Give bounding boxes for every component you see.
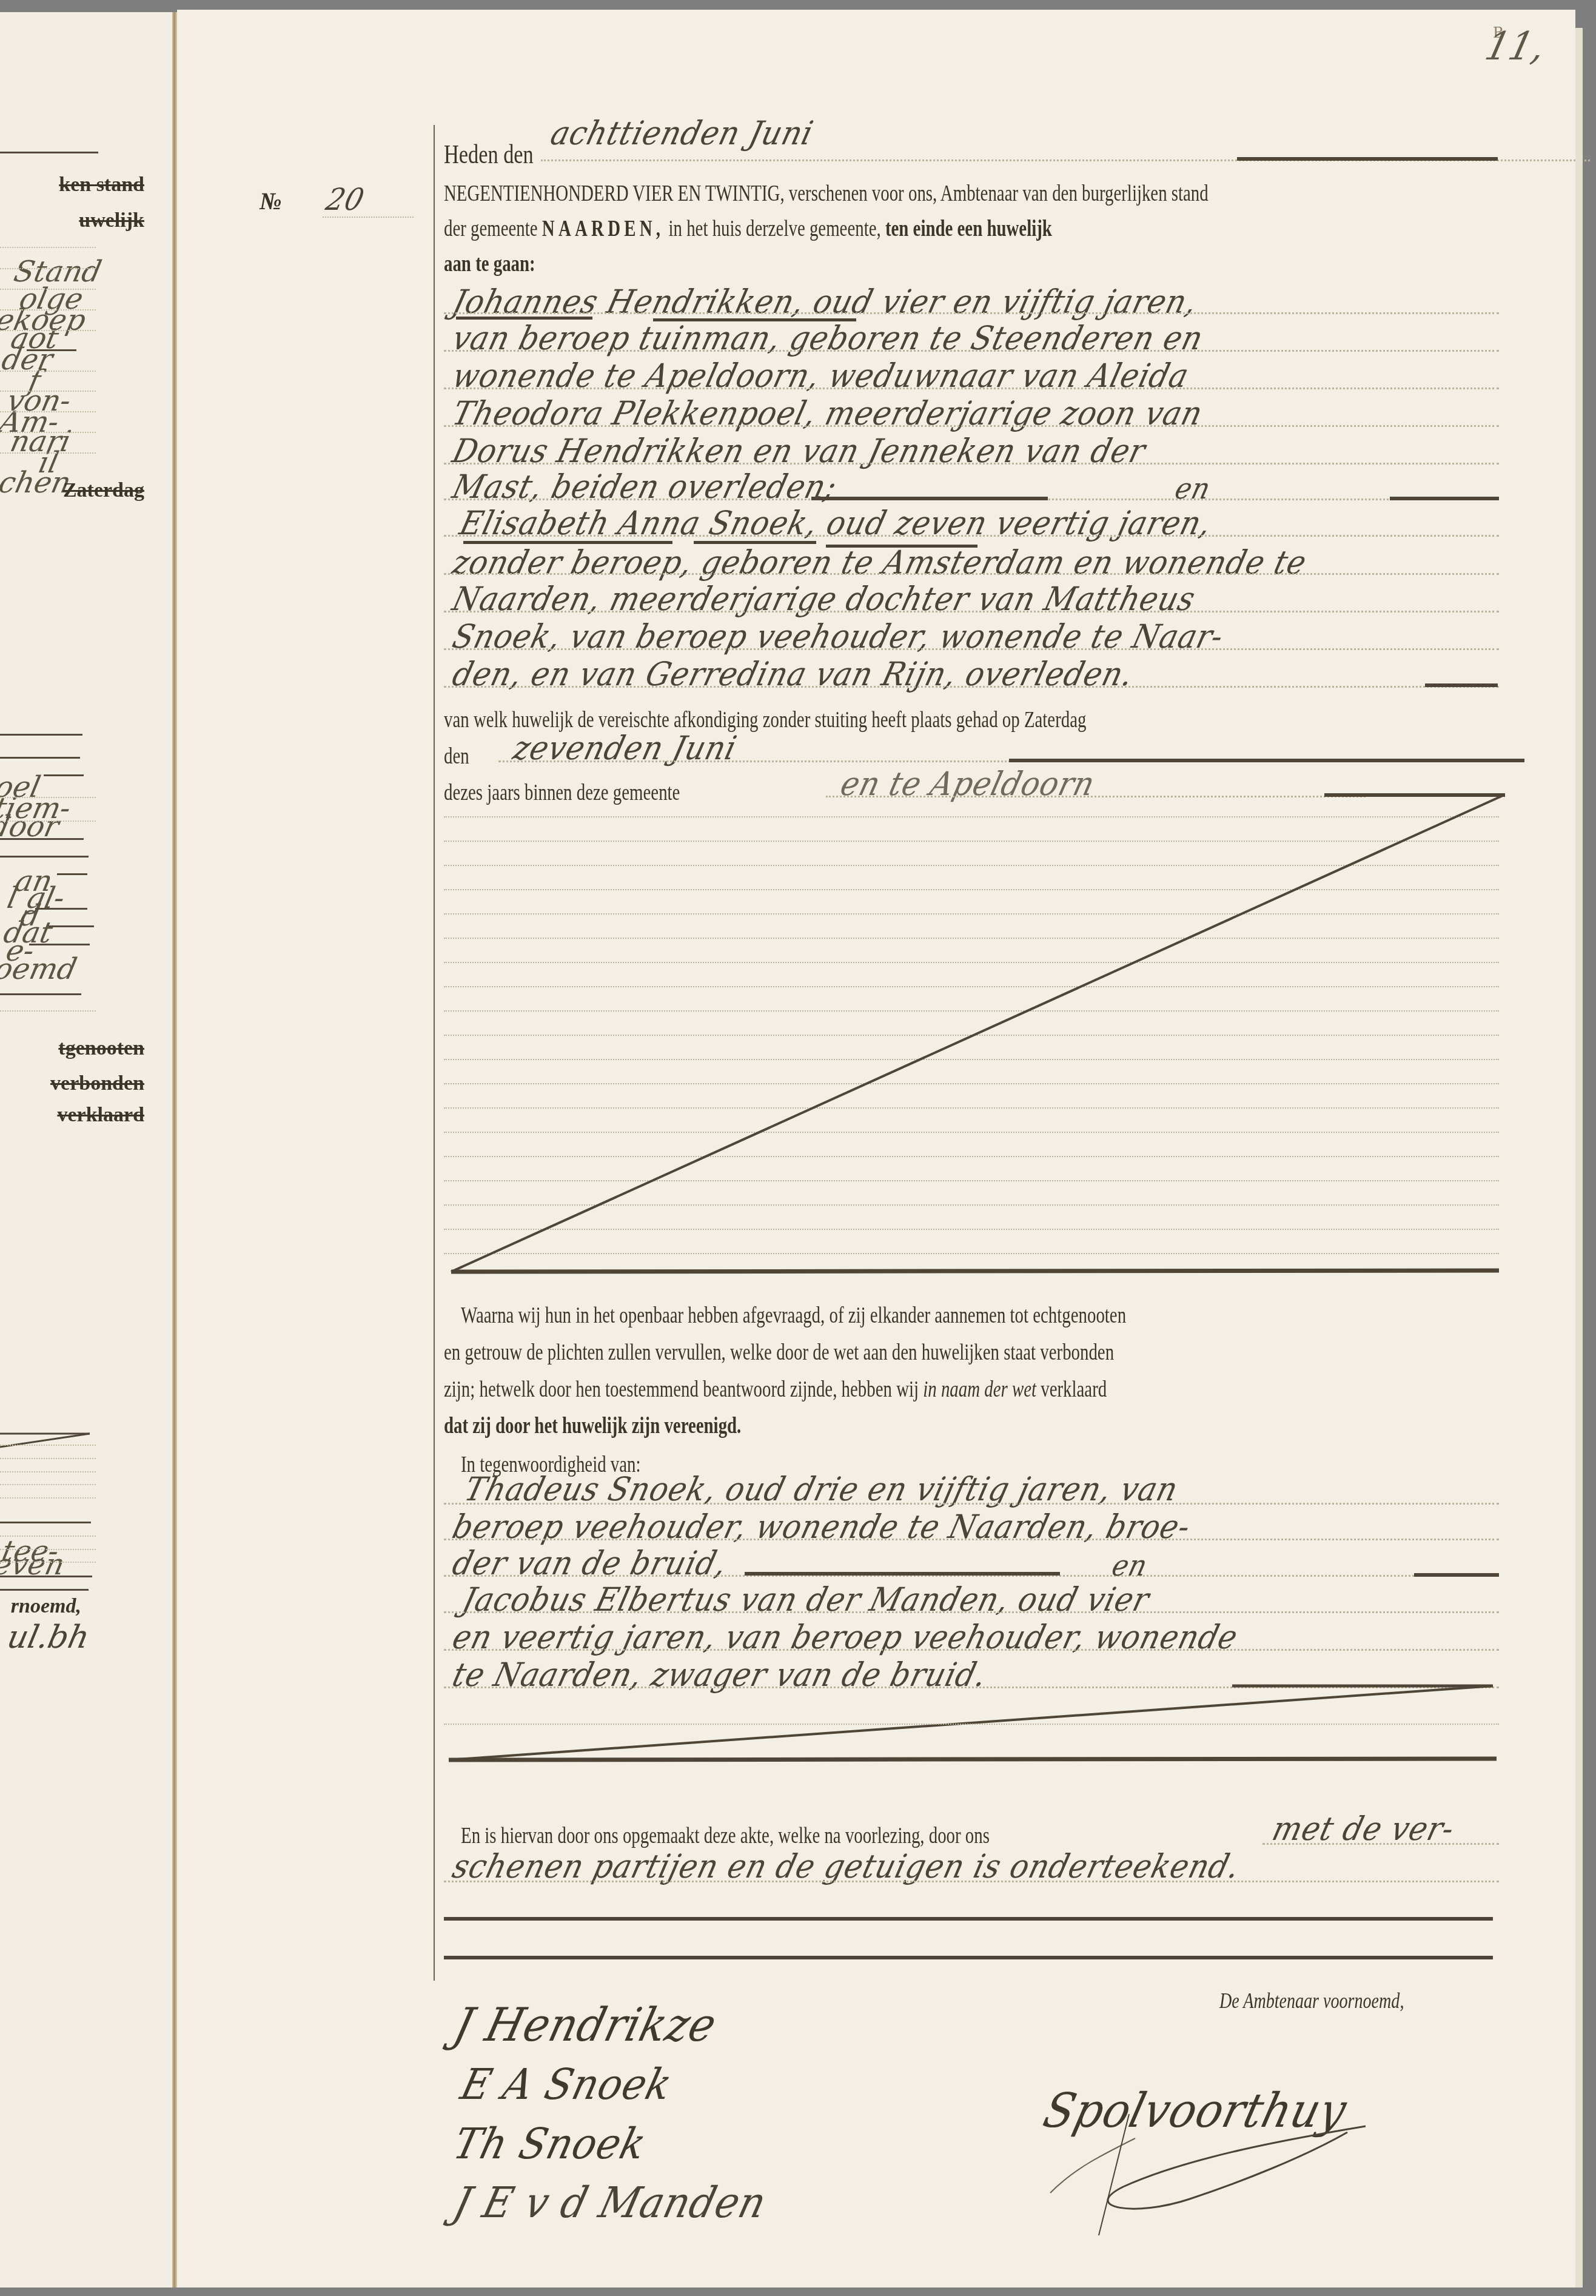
marriage-record-page: B 11, № 20 Heden den achttienden Juni NE… <box>177 10 1575 2288</box>
signature-witness-2: J E v d Manden <box>449 2178 771 2227</box>
left-struck-text: Zaterdag <box>63 479 144 502</box>
closing-handwritten: schenen partijen en de getuigen is onder… <box>449 1847 1244 1885</box>
connector-en: en <box>1172 472 1214 506</box>
closing-text: En is hiervan door ons opgemaakt deze ak… <box>461 1823 990 1849</box>
binding-gutter <box>172 12 177 2288</box>
heading-label: Heden den <box>444 130 534 173</box>
marriage-date: achttienden Juni <box>547 114 817 152</box>
record-number-label: № <box>260 187 282 215</box>
declaration-line: Waarna wij hun in het openbaar hebben af… <box>461 1303 1126 1329</box>
closing-handwritten: met de ver- <box>1269 1810 1458 1848</box>
witness-diagonal-strike <box>444 1682 1511 1767</box>
groom-line: Johannes Hendrikken, oud vier en vijftig… <box>449 283 1201 321</box>
left-signature: ul.bh <box>4 1619 92 1656</box>
form-frame-rule <box>434 125 435 1981</box>
municipality-name: NAARDEN, <box>542 217 664 241</box>
municipality-line: der gemeente NAARDEN, in het huis derzel… <box>444 216 1052 242</box>
left-handwriting: oemd <box>0 952 80 986</box>
signature-witness-1: Th Snoek <box>449 2119 651 2169</box>
aan-te-gaan: aan te gaan: <box>444 251 535 277</box>
void-diagonal-strike <box>444 792 1511 1277</box>
left-struck-text: uwelijk <box>79 209 144 232</box>
left-rule <box>0 152 98 153</box>
left-struck-text: tgenooten <box>58 1037 144 1060</box>
left-struck-text: verklaard <box>57 1104 144 1127</box>
signature-bride: E A Snoek <box>456 2059 677 2109</box>
left-facing-page: ken stand uwelijk Stand olge ekoep aot d… <box>0 12 173 2288</box>
left-struck-text: ken stand <box>59 173 144 196</box>
left-struck-text: verbonden <box>50 1072 144 1095</box>
declaration-line: en getrouw de plichten zullen vervullen,… <box>444 1340 1114 1366</box>
record-number: 20 <box>323 182 368 217</box>
left-official-label: rnoemd, <box>11 1595 81 1618</box>
witness-connector-en: en <box>1108 1549 1151 1583</box>
left-diagonal-strike <box>0 1431 97 1449</box>
bride-line: zonder beroep, geboren te Amsterdam en w… <box>449 543 1311 582</box>
folio-number: 11, <box>1481 24 1551 69</box>
year-line: NEGENTIENHONDERD VIER EN TWINTIG, versch… <box>444 181 1209 207</box>
banns-den: den <box>444 744 469 770</box>
signature-groom: J Hendrikze <box>449 1998 722 2052</box>
declaration-line: zijn; hetwelk door hen toestemmend beant… <box>444 1377 1107 1403</box>
declaration-bold: dat zij door het huwelijk zijn vereenigd… <box>444 1413 741 1439</box>
official-signature-flourish <box>990 2090 1414 2223</box>
official-label: De Ambtenaar voornoemd, <box>1219 1988 1404 2013</box>
